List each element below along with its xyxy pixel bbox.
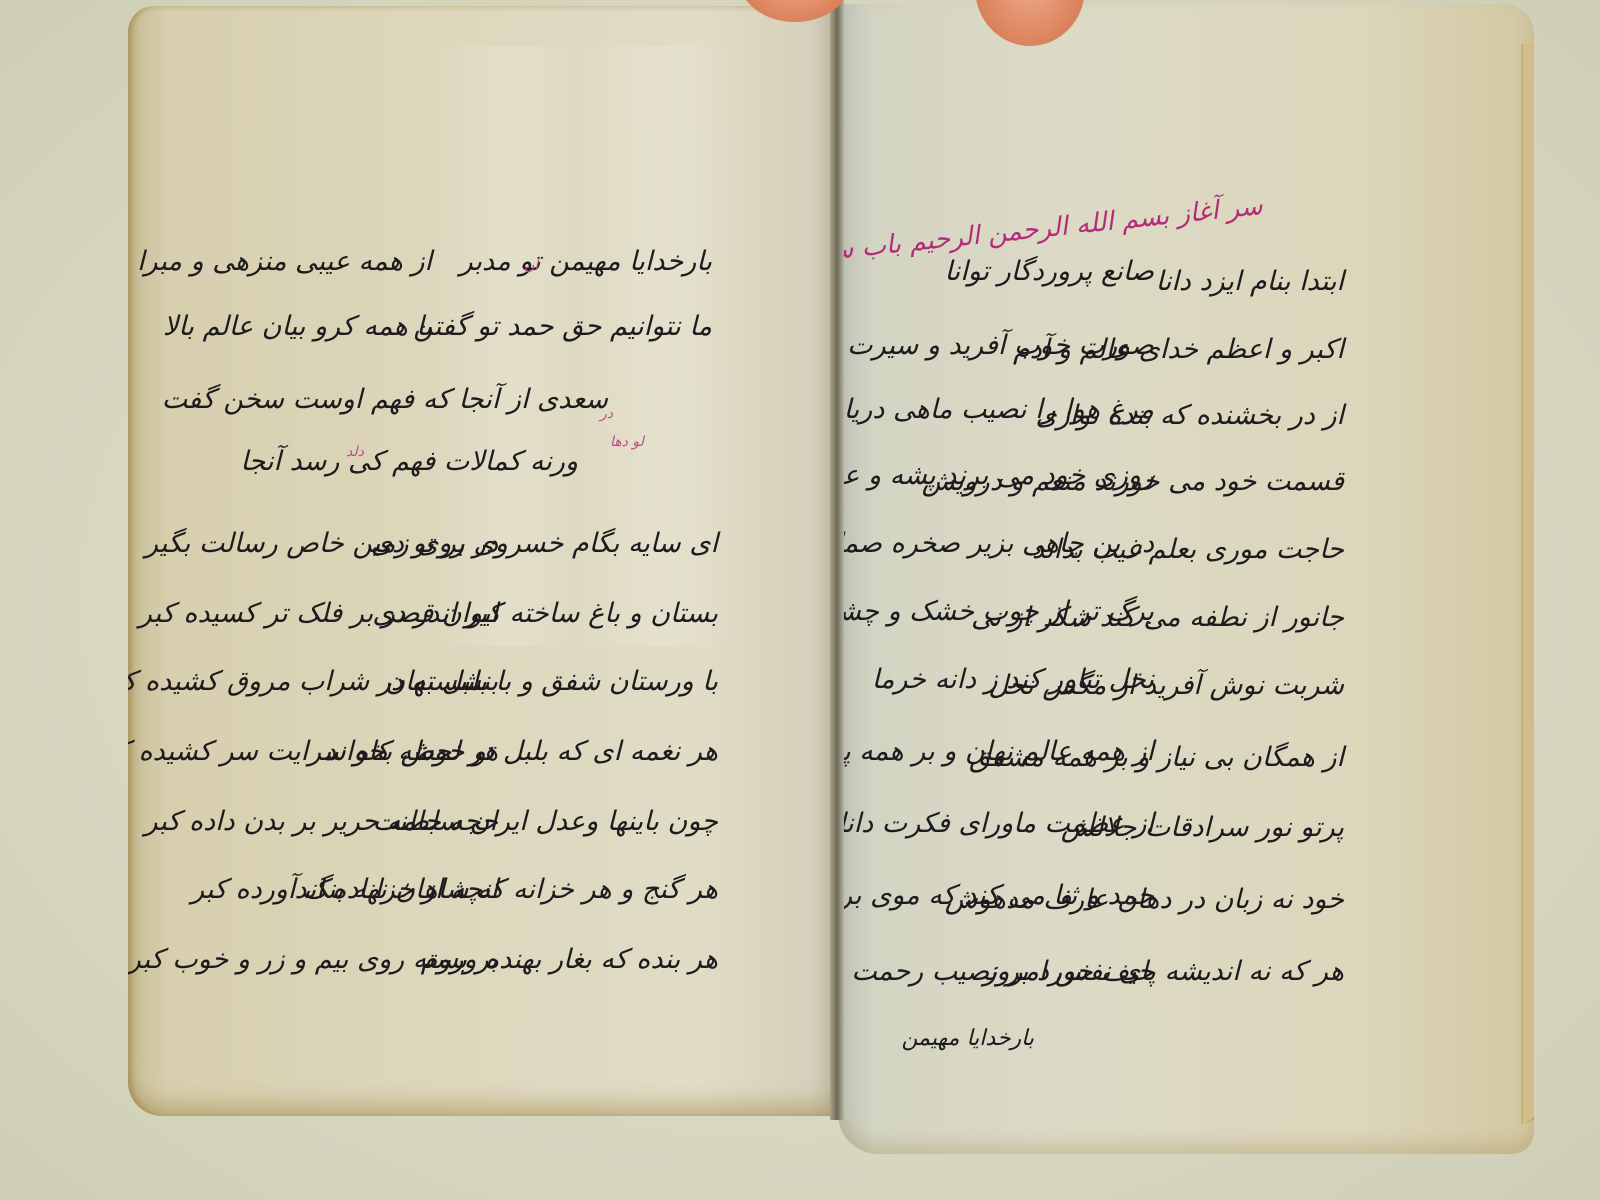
first-line-right: ابتدا بنام ایزد دانا <box>1156 266 1344 297</box>
header-line-left-2: با همه کرو بیان عالم بالا <box>163 311 432 342</box>
right-page: سر آغاز بسم الله الرحمن الرحیم باب سعدی … <box>838 4 1534 1154</box>
header-line-right-1: بارخدایا مهیمن تو مدبر <box>460 246 712 277</box>
verse-left: هر لحظه کاه سرایت سر کشیده کبر <box>128 736 498 767</box>
verse-left: انچه از خزانه بنگ آورده کبر <box>191 874 498 905</box>
first-line-left: صانع پروردگار توانا <box>944 256 1154 287</box>
verse-left: بر بسته روی بیم و زر و خوب کبر <box>128 944 498 975</box>
margin-note: دلد <box>346 444 364 460</box>
verse-left: برگ تر از چوب خشک و چشمه ز خارا <box>838 596 1154 627</box>
book-gutter <box>830 0 844 1120</box>
verse-left: صورت خوب آفرید و سیرت زیبا <box>838 330 1154 361</box>
header-line-left-1: از همه عیبی منزهی و مبرا <box>137 246 432 277</box>
verse-left: در بن چاهی بزیر صخره صما <box>838 528 1154 559</box>
verse-left: از عظمت ماورای فکرت دانا <box>838 808 1154 839</box>
left-page: بارخدایا مهیمن تو مدبر از همه عیبی منزهی… <box>128 6 840 1116</box>
margin-note: در <box>600 406 613 422</box>
catchword: بارخدایا مهیمن <box>901 1026 1034 1051</box>
verse-left: روزی خود می برند پشه و عنقا <box>838 460 1154 491</box>
verse-left: حمد و ثنا می کند که موی بر اعضا <box>838 880 1154 911</box>
verse-left: نخل تناور کند ز دانه خرما <box>872 664 1154 695</box>
verse-left: از همه عالم نهان و بر همه پیدا <box>838 736 1154 767</box>
header-line-right-2: ما نتوانیم حق حمد تو گفتن <box>413 311 712 342</box>
verse-left: حجه جامه حریر بر بدن داده کبر <box>145 806 498 837</box>
center-line-1: سعدی از آنجا که فهم اوست سخن گفت <box>162 384 608 415</box>
page-edges <box>1521 44 1534 1124</box>
verse-left: در روی زمین خاص رسالت بگیر <box>145 528 498 559</box>
verse-left: مرغ هوا را نصیب ماهی دریا <box>844 394 1154 425</box>
center-line-2: ورنه کمالات فهم کی رسد آنجا <box>240 446 578 477</box>
margin-note: لو دها <box>610 434 644 450</box>
verse-left: حیف خورد بر نصیب رحمت فردا <box>838 956 1154 987</box>
verse-left: ایوان قصر بر فلک تر کسیده کبر <box>139 598 498 629</box>
verse-left: بنشسته در شراب مروق کشیده کبر <box>128 666 498 697</box>
margin-note: ان <box>524 258 538 274</box>
